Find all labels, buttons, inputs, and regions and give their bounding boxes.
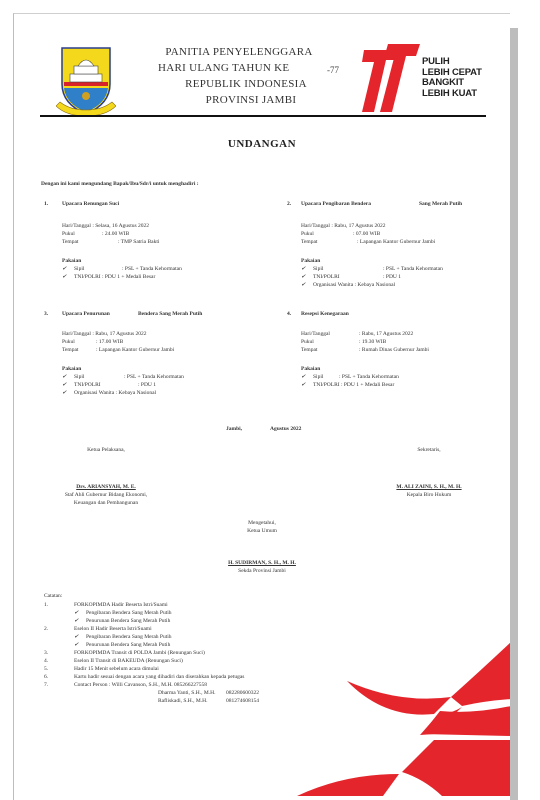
contact-name: Rafliskadi, S.H., M.H. <box>158 697 226 705</box>
note-text: FORKOPIMDA Hadir Beserta Istri/Suami <box>74 601 168 609</box>
page-shadow <box>510 28 518 800</box>
note-number: 7. <box>44 681 74 689</box>
note-subitem: Pengibaran Bendera Sang Merah Putih <box>86 609 172 617</box>
note-text: Eselon II Hadir Beserta Istri/Suami <box>74 625 152 633</box>
contact-phone: 081274608154 <box>226 697 259 705</box>
notes-label: Catatan: <box>44 592 259 600</box>
contact-phone: 082280600322 <box>226 689 259 697</box>
note-subitem: Penurunan Bendera Sang Merah Putih <box>86 641 170 649</box>
note-text: Kartu hadir sesuai dengan acara yang dih… <box>74 673 244 681</box>
note-number: 1. <box>44 601 74 609</box>
note-number: 2. <box>44 625 74 633</box>
bullet-icon: ✔ <box>74 641 86 649</box>
note-number: 3. <box>44 649 74 657</box>
note-text: Contact Person : Willi Cavanson, S.H., M… <box>74 681 207 689</box>
notes-section: Catatan: 1.FORKOPIMDA Hadir Beserta Istr… <box>44 592 259 705</box>
bullet-icon: ✔ <box>74 633 86 641</box>
bullet-icon: ✔ <box>74 617 86 625</box>
note-text: Hadir 15 Menit sebelum acara dimulai <box>74 665 159 673</box>
note-text: Eselon II Transit di BAKEUDA (Renungan S… <box>74 657 183 665</box>
bullet-icon: ✔ <box>74 609 86 617</box>
note-text: FORKOPIMDA Transit di POLDA Jambi (Renun… <box>74 649 205 657</box>
note-number: 4. <box>44 657 74 665</box>
document-page: PANITIA PENYELENGGARA HARI ULANG TAHUN K… <box>13 13 510 800</box>
note-number: 5. <box>44 665 74 673</box>
contact-name: Dharma Yanti, S.H., M.H. <box>158 689 226 697</box>
note-subitem: Pengibaran Bendera Sang Merah Putih <box>86 633 172 641</box>
note-subitem: Penurunan Bendera Sang Merah Putih <box>86 617 170 625</box>
note-number: 6. <box>44 673 74 681</box>
